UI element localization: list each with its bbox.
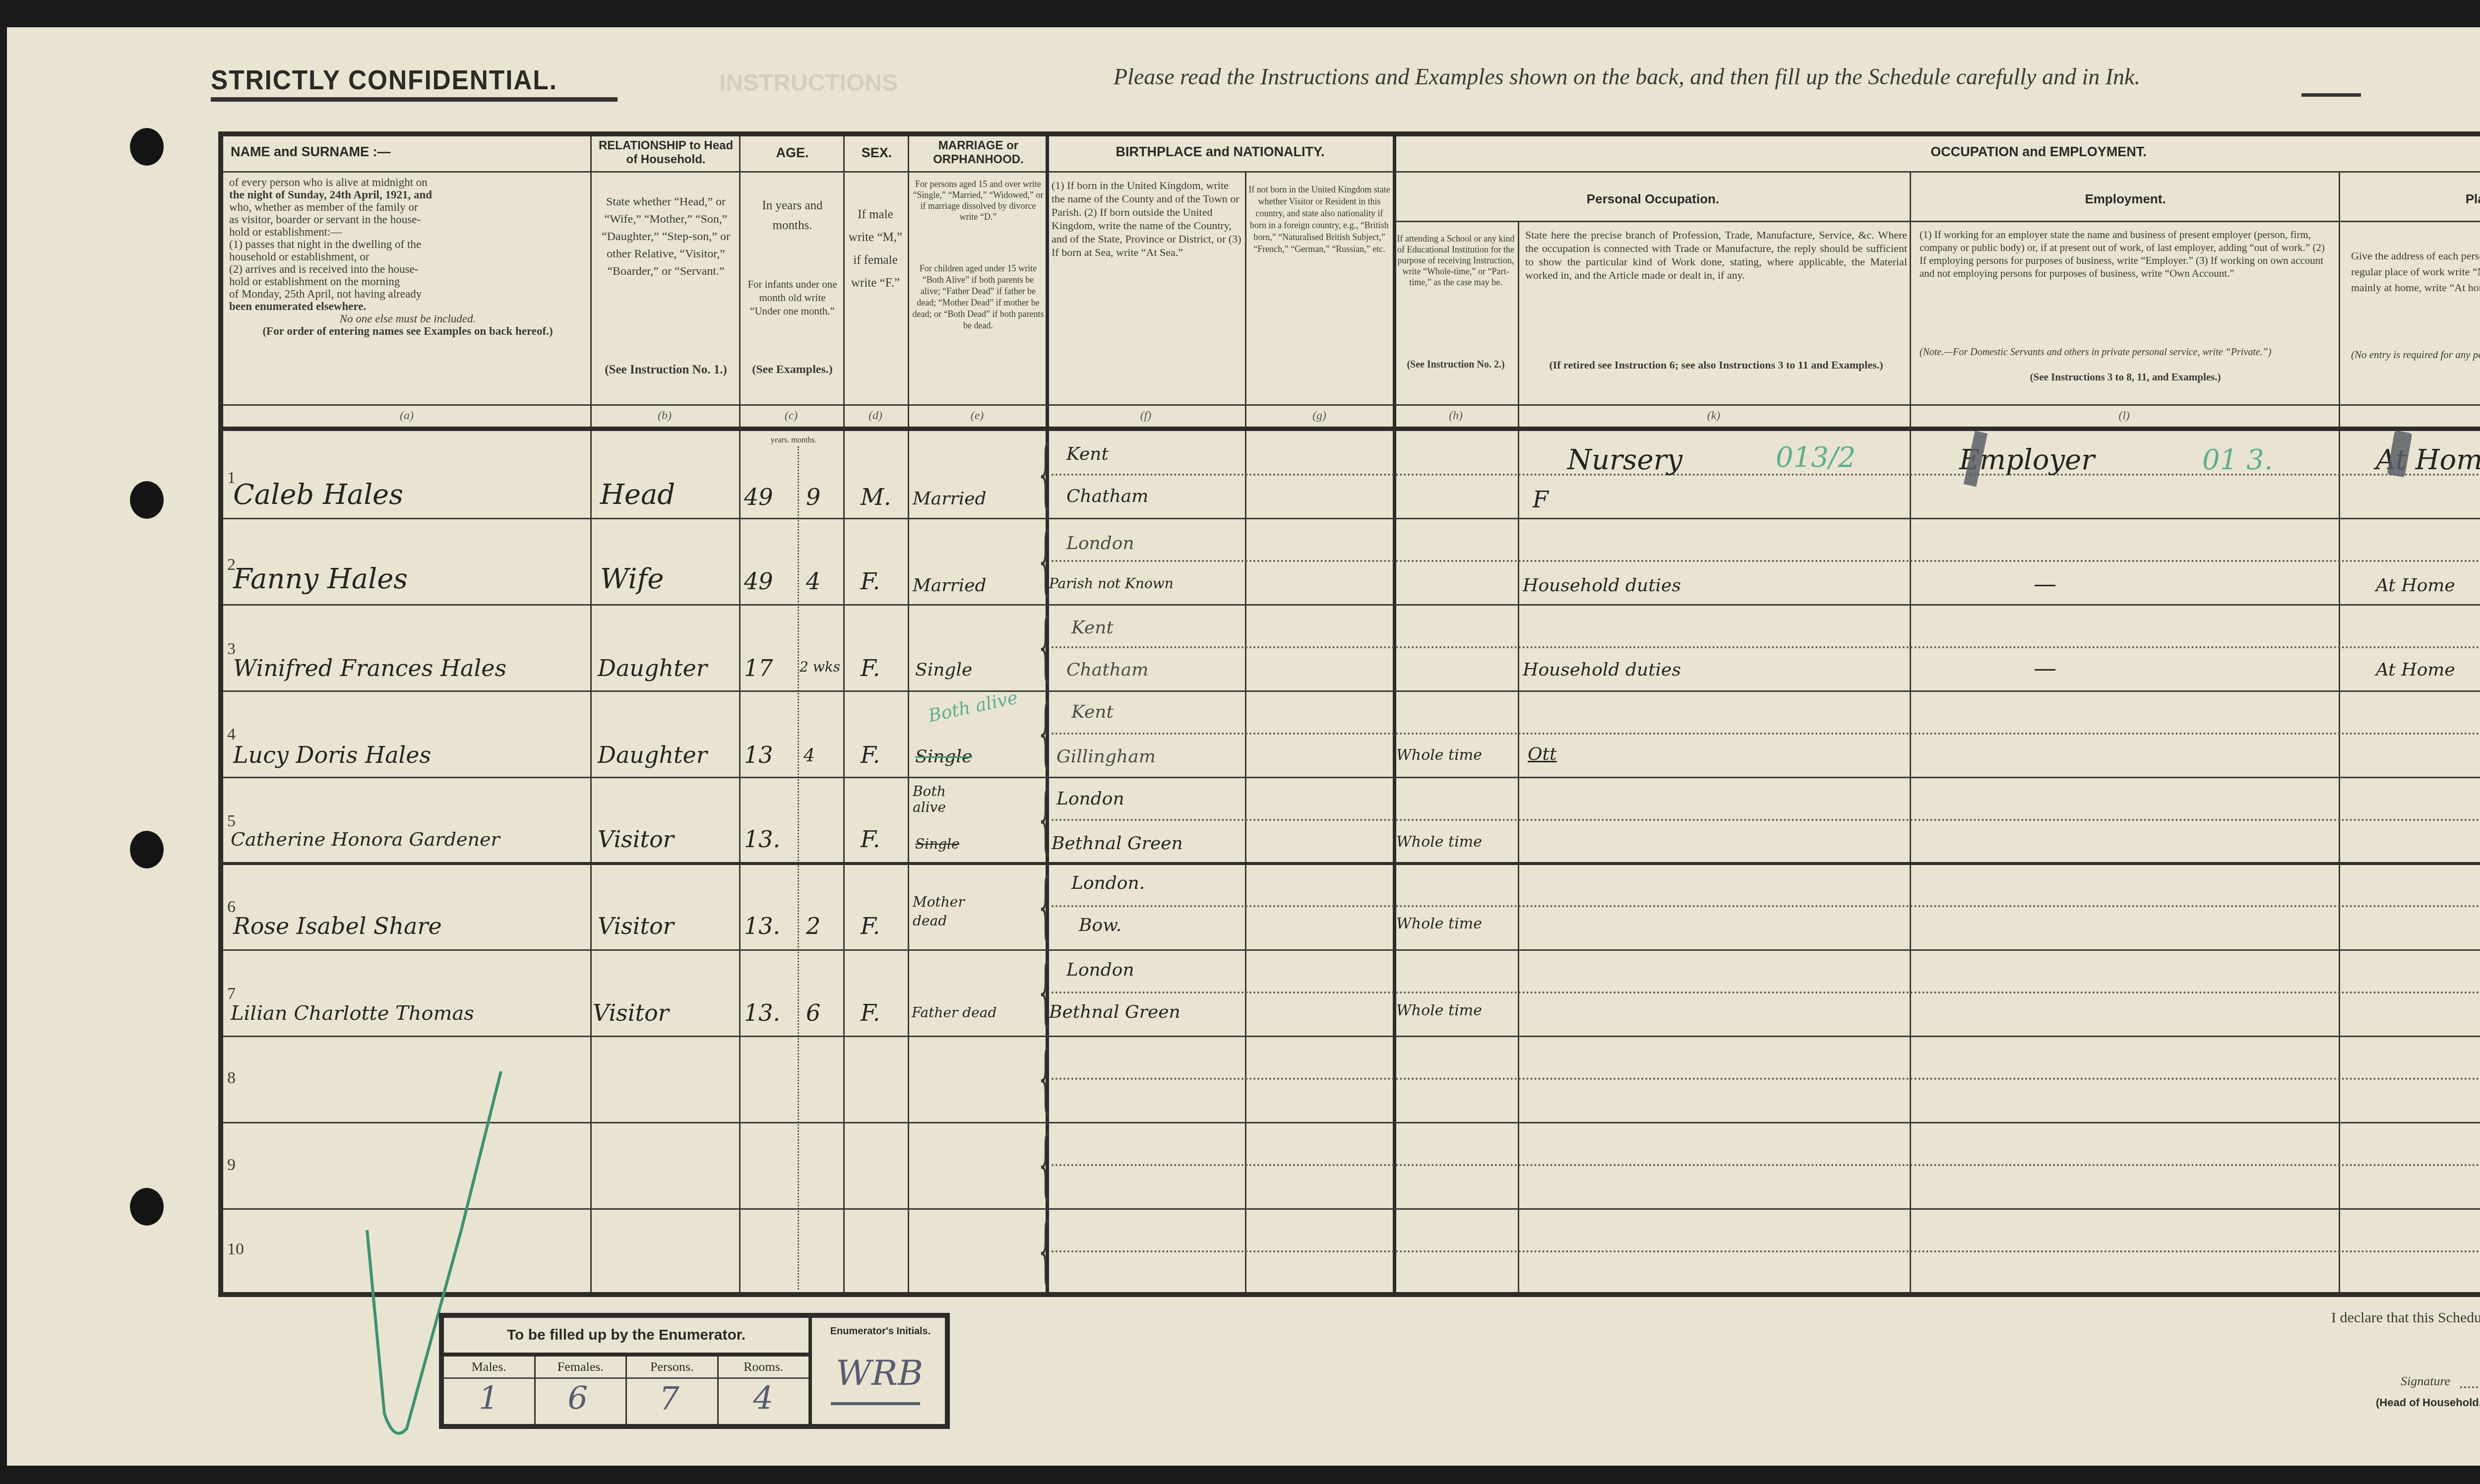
header-employment-note: (Note.—For Domestic Servants and others …: [1920, 345, 2331, 360]
age-months[interactable]: 9: [806, 484, 820, 510]
school-attendance[interactable]: Whole time: [1396, 915, 1482, 932]
header-relationship-title: RELATIONSHIP to Head of Household.: [593, 139, 739, 167]
header-personal-occupation-title: Personal Occupation.: [1396, 191, 1910, 207]
row-number: 9: [227, 1156, 236, 1175]
column-letter-d: (d): [843, 409, 908, 423]
column-letter-a: (a): [223, 409, 590, 423]
mid-row-dotted: [1052, 1250, 2480, 1252]
relationship[interactable]: Visitor: [598, 826, 674, 853]
row-rule: [223, 1208, 2480, 1210]
punch-hole: [130, 1188, 164, 1226]
brace: {: [1036, 695, 1055, 770]
school-attendance[interactable]: Whole time: [1396, 746, 1482, 764]
person-name[interactable]: Winifred Frances Hales: [233, 655, 506, 681]
column-divider: [1910, 171, 1911, 1292]
person-name[interactable]: Catherine Honora Gardener: [231, 828, 500, 850]
occupation[interactable]: Household duties: [1523, 660, 1681, 680]
header-name-line: household or establishment, or: [229, 250, 586, 263]
occupation-code[interactable]: 013/2: [1776, 441, 1856, 474]
mid-row-dotted: [1052, 646, 2480, 648]
marriage-status[interactable]: Married: [913, 489, 987, 509]
header-name-body: of every person who is alive at midnight…: [229, 176, 586, 337]
age-years[interactable]: 13.: [744, 913, 780, 939]
column-divider: [843, 136, 845, 1292]
persons-value[interactable]: 7: [659, 1380, 680, 1417]
relationship[interactable]: Daughter: [598, 655, 707, 681]
header-age-body: In years and months.: [744, 196, 841, 236]
person-name[interactable]: Rose Isabel Share: [233, 913, 442, 939]
column-divider: [1393, 136, 1396, 1292]
marriage-status-struck[interactable]: Single: [915, 746, 972, 767]
column-divider: [2339, 171, 2340, 1292]
males-cell: Males. 1: [444, 1357, 536, 1425]
person-name[interactable]: Lilian Charlotte Thomas: [231, 1002, 474, 1025]
header-marriage-body-children: For children aged under 15 write “Both A…: [912, 263, 1045, 331]
age-years[interactable]: 13: [744, 742, 773, 768]
header-employment-body: (1) If working for an employer state the…: [1920, 228, 2331, 280]
males-value[interactable]: 1: [479, 1380, 499, 1417]
header-marriage-body-adults: For persons aged 15 and over write “Sing…: [912, 179, 1045, 222]
column-divider: [1245, 171, 1246, 1292]
header-sex-title: SEX.: [846, 145, 908, 161]
column-letter-c: (c): [739, 409, 843, 423]
birthplace-county[interactable]: London.: [1071, 873, 1145, 893]
header-name-line: (1) passes that night in the dwelling of…: [229, 238, 586, 250]
males-label: Males.: [444, 1357, 534, 1379]
title-underline: [211, 97, 618, 102]
signature-line: [2460, 1386, 2480, 1388]
instruction-text: Please read the Instructions and Example…: [1114, 63, 2140, 90]
sex[interactable]: F.: [861, 655, 880, 681]
age-months[interactable]: 6: [806, 999, 820, 1026]
sex[interactable]: F.: [861, 826, 880, 853]
relationship[interactable]: Visitor: [598, 913, 674, 939]
marriage-status-struck[interactable]: Single: [915, 836, 960, 852]
rooms-value[interactable]: 4: [753, 1380, 774, 1417]
header-name-line: hold or establishment on the morning: [229, 275, 586, 288]
school-attendance[interactable]: Whole time: [1396, 1002, 1482, 1019]
relationship[interactable]: Head: [600, 479, 675, 511]
age-years[interactable]: 13.: [744, 826, 780, 853]
column-letter-m: (m): [2339, 409, 2480, 423]
header-relationship-body: State whether “Head,” or “Wife,” “Mother…: [595, 193, 737, 280]
rooms-label: Rooms.: [719, 1357, 809, 1379]
sex[interactable]: F.: [861, 568, 880, 595]
age-years[interactable]: 17: [744, 655, 773, 681]
header-rule: [223, 404, 2480, 406]
header-name-line: the night of Sunday, 24th April, 1921, a…: [229, 188, 586, 201]
marriage-status[interactable]: Single: [915, 660, 972, 680]
brace: {: [1036, 436, 1055, 511]
signature-caption: (Head of Household, Manager of Establish…: [2376, 1396, 2480, 1409]
occupation[interactable]: Ott: [1528, 744, 1556, 764]
header-name-line: of every person who is alive at midnight…: [229, 176, 586, 188]
row-number: 10: [227, 1240, 244, 1259]
header-relationship-footer: (See Instruction No. 1.): [595, 362, 737, 377]
mid-row-dotted: [1052, 733, 2480, 735]
age-months[interactable]: 4: [804, 745, 815, 766]
marriage-status[interactable]: Father dead: [912, 1004, 996, 1021]
enumerator-summary-box: To be filled up by the Enumerator. Enume…: [439, 1313, 950, 1429]
header-school-footer: (See Instruction No. 2.): [1396, 357, 1515, 372]
employment-code[interactable]: 01 3.: [2202, 444, 2273, 476]
header-name-line: been enumerated elsewhere.: [229, 300, 586, 312]
age-years-label: years.: [771, 436, 790, 444]
birthplace-town[interactable]: Parish not Known: [1049, 575, 1174, 592]
persons-cell: Persons. 7: [627, 1357, 719, 1425]
sex[interactable]: F.: [861, 999, 880, 1026]
birthplace-town[interactable]: Bethnal Green: [1052, 833, 1183, 854]
punch-hole: [130, 831, 164, 868]
row-rule: [223, 690, 2480, 692]
age-months[interactable]: 2: [806, 913, 820, 939]
person-name[interactable]: Caleb Hales: [233, 479, 403, 511]
header-age-title: AGE.: [742, 145, 843, 161]
occupation[interactable]: Household duties: [1523, 575, 1681, 596]
header-occupation-group: OCCUPATION and EMPLOYMENT.: [1396, 144, 2480, 160]
header-name-line: of Monday, 25th April, not having alread…: [229, 288, 586, 300]
occupation-note[interactable]: F: [1533, 486, 1549, 513]
age-months-label: months.: [791, 436, 816, 444]
relationship[interactable]: Visitor: [593, 999, 669, 1026]
marriage-status[interactable]: Married: [913, 575, 987, 596]
row-rule: [223, 777, 2480, 778]
age-months[interactable]: 2 wks: [800, 659, 840, 675]
birthplace-county[interactable]: London: [1066, 533, 1134, 554]
row-rule: [223, 1036, 2480, 1037]
relationship[interactable]: Daughter: [598, 742, 707, 768]
header-rule: [1396, 221, 2480, 222]
sex[interactable]: F.: [861, 742, 880, 768]
header-marriage-title: MARRIAGE or ORPHANHOOD.: [910, 139, 1047, 167]
column-divider: [908, 136, 909, 1292]
header-name-line: (2) arrives and is received into the hou…: [229, 263, 586, 275]
row-rule: [223, 518, 2480, 519]
mid-row-dotted: [1052, 1078, 2480, 1080]
header-rule: [1049, 171, 2480, 173]
birthplace-town[interactable]: Chatham: [1066, 486, 1148, 506]
brace: {: [1036, 1041, 1055, 1115]
row-rule: [223, 949, 2480, 951]
header-name-note: No one else must be included.: [229, 312, 586, 325]
column-divider: [590, 136, 592, 1292]
age-years[interactable]: 49: [744, 484, 773, 510]
column-letter-b: (b): [590, 409, 739, 423]
place-of-work[interactable]: At Home: [2376, 575, 2455, 596]
punch-hole: [130, 481, 164, 519]
sex[interactable]: M.: [861, 484, 891, 510]
header-personal-occupation-body: State here the precise branch of Profess…: [1525, 228, 1907, 282]
mid-row-dotted: [1052, 991, 2480, 993]
bleed-through-text: INSTRUCTIONS: [719, 69, 898, 97]
header-bottom-rule: [223, 427, 2480, 431]
mid-row-dotted: [1052, 819, 2480, 821]
header-age-footer: (See Examples.): [744, 362, 841, 377]
person-name[interactable]: Fanny Hales: [233, 563, 408, 595]
column-letter-h: (h): [1394, 409, 1518, 423]
row-rule: [223, 604, 2480, 606]
age-months[interactable]: 4: [806, 568, 820, 595]
birthplace-county[interactable]: Kent: [1071, 702, 1114, 722]
column-letter-k: (k): [1518, 409, 1910, 423]
signature-label: Signature: [2401, 1374, 2450, 1389]
page-title: STRICTLY CONFIDENTIAL.: [211, 63, 558, 96]
row-rule: [223, 862, 2480, 865]
column-letter-e: (e): [908, 409, 1047, 423]
header-sex-body: If male write “M,” if female write “F.”: [846, 203, 905, 295]
header-place-of-work-note: (No entry is required for any person who…: [2351, 347, 2480, 363]
birthplace-town[interactable]: Bethnal Green: [1049, 1002, 1180, 1022]
header-age-infants: For infants under one month old write “U…: [744, 278, 841, 318]
school-attendance[interactable]: Whole time: [1396, 833, 1482, 851]
birthplace-county[interactable]: Kent: [1066, 444, 1109, 464]
age-years[interactable]: 13.: [744, 999, 780, 1026]
employment[interactable]: —: [2034, 570, 2056, 597]
divider: [808, 1318, 812, 1425]
column-divider: [739, 136, 741, 1292]
brace: {: [1036, 869, 1055, 943]
initials-underline: [831, 1402, 920, 1405]
marriage-status[interactable]: Mother dead: [913, 893, 967, 930]
person-name[interactable]: Lucy Doris Hales: [233, 742, 431, 768]
header-place-of-work-title: Place of Work.: [2341, 191, 2480, 207]
header-employment-footer: (See Instructions 3 to 8, 11, and Exampl…: [1920, 370, 2331, 385]
females-label: Females.: [536, 1357, 626, 1379]
header-name-footer: (For order of entering names see Example…: [229, 325, 586, 337]
age-subheader: years. months.: [744, 433, 843, 448]
age-divider: [798, 446, 799, 1290]
age-years[interactable]: 49: [744, 568, 773, 595]
header-birthplace-body: (1) If born in the United Kingdom, write…: [1052, 179, 1242, 259]
birthplace-town[interactable]: Chatham: [1066, 660, 1148, 680]
header-employment-title: Employment.: [1912, 191, 2339, 207]
column-divider: [1518, 221, 1519, 1292]
employment[interactable]: —: [2034, 655, 2056, 681]
header-school-body: If attending a School or any kind of Edu…: [1396, 233, 1515, 288]
females-cell: Females. 6: [536, 1357, 627, 1425]
sex[interactable]: F.: [861, 913, 880, 939]
brace: {: [1036, 1127, 1055, 1201]
mid-row-dotted: [1052, 1164, 2480, 1166]
header-name-line: hold or establishment:—: [229, 226, 586, 238]
birthplace-county[interactable]: Kent: [1071, 618, 1114, 638]
row-number: 7: [227, 985, 236, 1003]
header-rule: [223, 171, 1046, 173]
mid-row-dotted: [1052, 905, 2480, 907]
column-letter-g: (g): [1245, 409, 1394, 423]
rooms-cell: Rooms. 4: [719, 1357, 809, 1425]
header-personal-occupation-footer: (If retired see Instruction 6; see also …: [1525, 357, 1907, 372]
marriage-status[interactable]: Both alive: [913, 784, 967, 815]
brace: {: [1036, 609, 1055, 683]
header-name-title: NAME and SURNAME :—: [231, 144, 429, 160]
place-of-work[interactable]: At Home: [2376, 660, 2455, 680]
header-name-line: who, whether as member of the family or: [229, 201, 586, 213]
persons-label: Persons.: [627, 1357, 717, 1379]
ink-underline: [2301, 93, 2361, 97]
header-place-of-work-body: Give the address of each person's place …: [2351, 248, 2480, 296]
header-name-line: as visitor, boarder or servant in the ho…: [229, 213, 586, 226]
birthplace-town[interactable]: Bow.: [1079, 915, 1121, 935]
enumerator-counts: Males. 1 Females. 6 Persons. 7 Rooms. 4: [444, 1357, 808, 1425]
enumerator-initials[interactable]: WRB: [836, 1353, 923, 1393]
column-letter-l: (l): [1910, 409, 2339, 423]
punch-hole: [130, 128, 164, 166]
header-birthplace-title: BIRTHPLACE and NATIONALITY.: [1049, 144, 1391, 160]
females-value[interactable]: 6: [568, 1380, 588, 1417]
row-number: 8: [227, 1069, 236, 1088]
relationship[interactable]: Wife: [600, 563, 664, 595]
brace: {: [1036, 1213, 1055, 1288]
declaration-text: I declare that this Schedule is correctl…: [2331, 1309, 2480, 1326]
enumerator-initials-label: Enumerator's Initials.: [813, 1326, 947, 1337]
header-nationality-body: If not born in the United Kingdom state …: [1247, 184, 1391, 255]
mid-row-dotted: [1052, 560, 2480, 562]
column-letter-f: (f): [1047, 409, 1245, 423]
birthplace-county[interactable]: London: [1056, 789, 1124, 809]
row-rule: [223, 1122, 2480, 1123]
birthplace-town[interactable]: Gillingham: [1056, 746, 1156, 767]
enumerator-summary-heading: To be filled up by the Enumerator.: [444, 1318, 808, 1357]
birthplace-county[interactable]: London: [1066, 960, 1134, 980]
occupation[interactable]: Nursery: [1567, 444, 1682, 476]
